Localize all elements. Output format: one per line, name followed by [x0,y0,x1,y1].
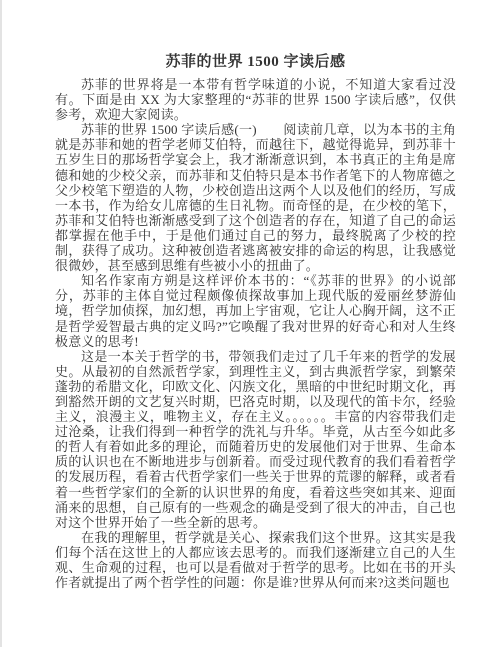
paragraph-body-4: 在我的理解里，哲学就是关心、探索我们这个世界。这其实是我们每个活在这世上的人都应… [55,530,456,590]
document-page: 苏菲的世界 1500 字读后感 苏菲的世界将是一本带有哲学味道的小说，不知道大家… [0,0,500,647]
paragraph-intro: 苏菲的世界将是一本带有哲学味道的小说，不知道大家看过没有。下面是由 XX 为大家… [55,77,456,122]
paragraph-body-2: 知名作家南方朔是这样评价本书的：“《苏菲的世界》的小说部分，苏菲的主体自觉过程颇… [55,273,456,348]
paragraph-body-1: 苏菲的世界 1500 字读后感(一) 阅读前几章，以为本书的主角就是苏菲和她的哲… [55,122,456,273]
paragraph-body-3: 这是一本关于哲学的书，带领我们走过了几千年来的哲学的发展史。从最初的自然派哲学家… [55,349,456,530]
page-title: 苏菲的世界 1500 字读后感 [55,52,456,72]
